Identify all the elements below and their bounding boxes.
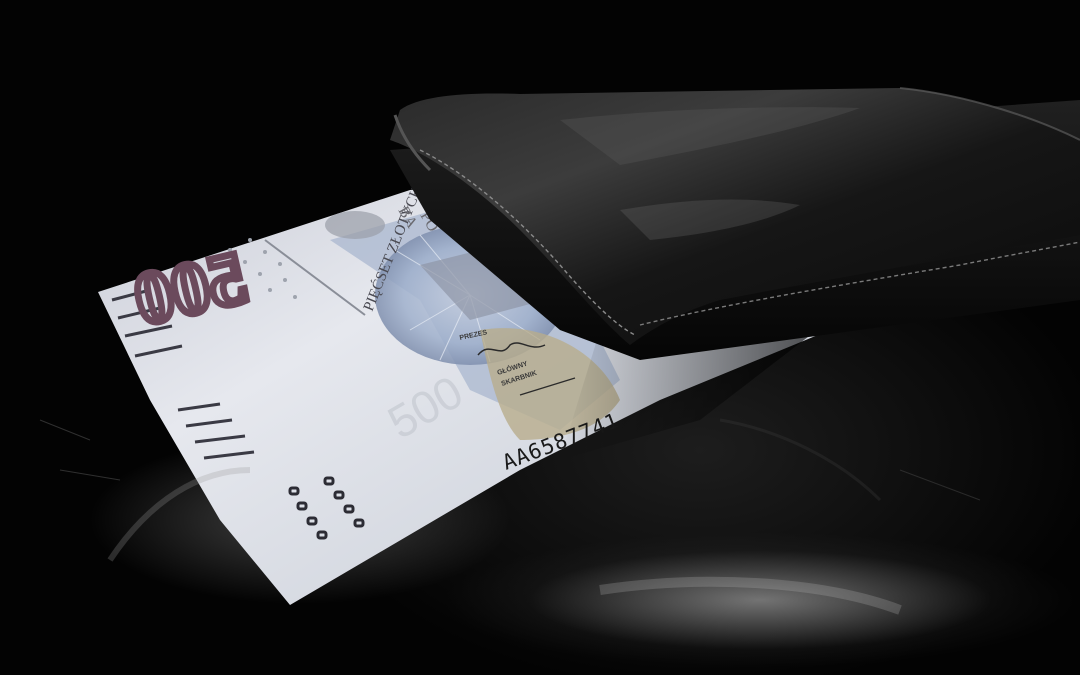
scene-illustration: 500 500 PIĘĆSET ZŁOTYCH BA PO PREZES GŁÓ… [0, 0, 1080, 675]
photo-scene: 500 500 PIĘĆSET ZŁOTYCH BA PO PREZES GŁÓ… [0, 0, 1080, 675]
